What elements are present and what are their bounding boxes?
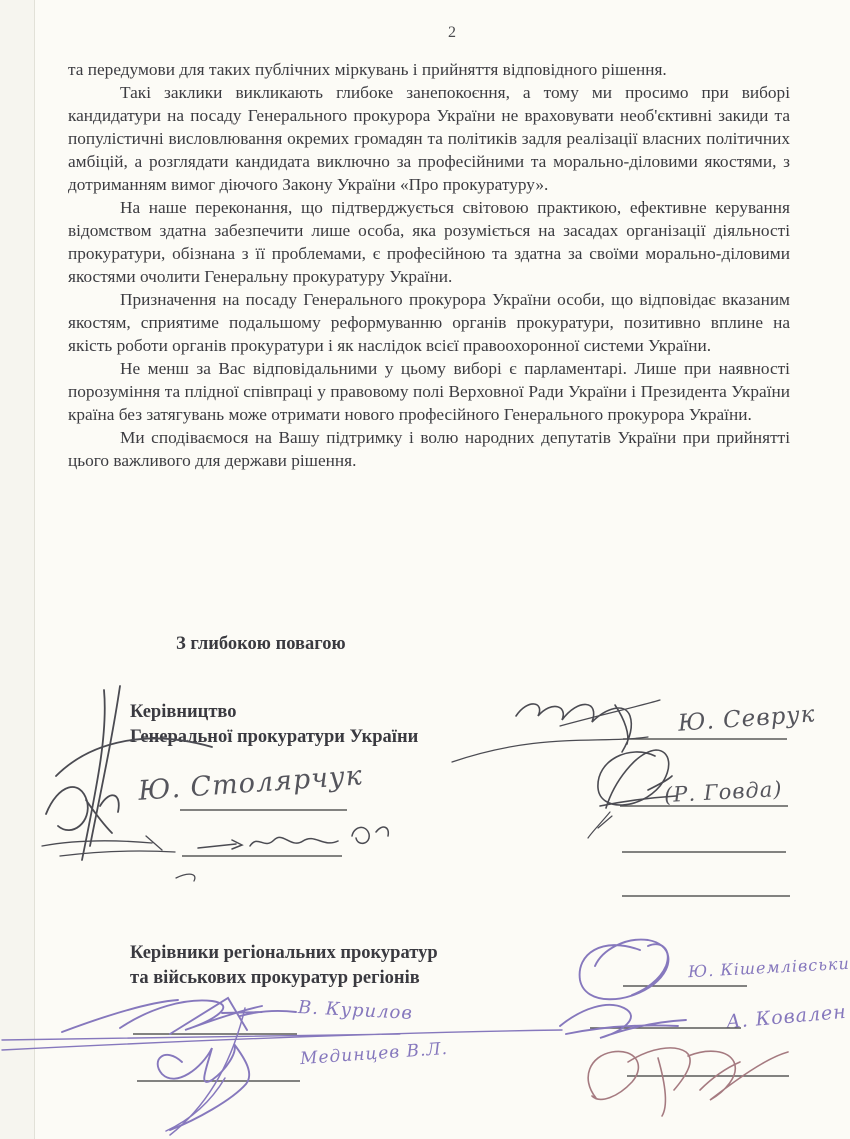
body-paragraph: Ми сподіваємося на Вашу підтримку і волю…	[68, 426, 790, 472]
handwritten-name-sevruk: Ю. Севрук	[677, 701, 816, 737]
signature-regional-right1-strokes	[580, 940, 669, 1000]
handwritten-name-regional-left-2: Мединцев В.Л.	[299, 1039, 448, 1069]
handwritten-name-regional-right-1: Ю. Кішемлівськи	[688, 954, 850, 981]
regional-heading-line2: та військових прокуратур регіонів	[130, 966, 438, 991]
body-paragraph: На наше переконання, що підтверджується …	[68, 196, 790, 288]
body-paragraph: Не менш за Вас відповідальними у цьому в…	[68, 357, 790, 426]
leadership-heading-line2: Генеральної прокуратури України	[130, 725, 418, 750]
handwritten-name-stolyarchuk: Ю. Столярчук	[137, 760, 363, 807]
signature-govda-strokes	[588, 750, 676, 838]
handwritten-name-govda: (Р. Говда)	[663, 777, 783, 807]
signature-regional-left2-strokes	[158, 1044, 250, 1131]
letter-body: та передумови для таких публічних міркув…	[68, 58, 790, 472]
regional-heading-line1: Керівники регіональних прокуратур	[130, 941, 438, 966]
leadership-heading: Керівництво Генеральної прокуратури Укра…	[130, 700, 418, 750]
page-number: 2	[448, 24, 456, 42]
handwritten-name-regional-left-1: В. Курилов	[298, 997, 414, 1024]
closing-salutation: З глибокою повагою	[176, 634, 346, 655]
body-paragraph: Призначення на посаду Генерального проку…	[68, 288, 790, 357]
body-paragraph: Такі заклики викликають глибоке занепоко…	[68, 81, 790, 196]
scan-edge-artifact	[0, 0, 35, 1139]
signature-regional-right3-strokes	[588, 1048, 788, 1116]
body-paragraph: та передумови для таких публічних міркув…	[68, 58, 790, 81]
signature-sevruk-strokes	[452, 700, 660, 762]
handwritten-name-regional-right-2: А. Ковален	[725, 1001, 847, 1033]
leadership-heading-line1: Керівництво	[130, 700, 418, 725]
scanned-document-page: 2 та передумови для таких публічних мірк…	[0, 0, 850, 1139]
signature-regional-left1-strokes	[62, 998, 296, 1135]
regional-heading: Керівники регіональних прокуратур та вій…	[130, 941, 438, 991]
